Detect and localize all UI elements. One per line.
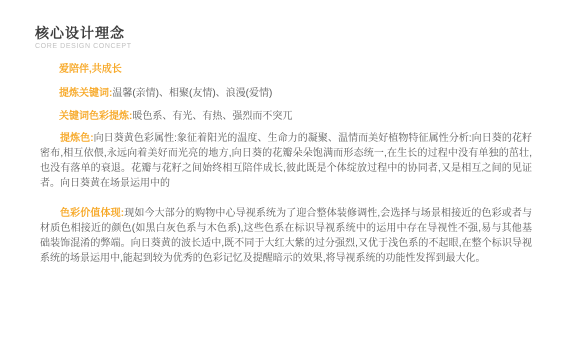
- page-subtitle: CORE DESIGN CONCEPT: [35, 43, 132, 50]
- keywords-label: 提炼关键词:: [59, 88, 112, 99]
- paragraph-refined-color-text: 向日葵黄色彩属性:象征着阳光的温度、生命力的凝聚、温情而美好植物特征属性分析:向…: [40, 133, 532, 189]
- keywords-text: 温馨(亲情)、相聚(友情)、浪漫(爱情): [112, 88, 272, 99]
- paragraph-refined-color: 提炼色:向日葵黄色彩属性:象征着阳光的温度、生命力的凝聚、温情而美好植物特征属性…: [40, 131, 532, 191]
- page-title: 核心设计理念: [35, 25, 132, 41]
- slide-header: 核心设计理念 CORE DESIGN CONCEPT: [35, 25, 132, 50]
- color-extraction-row: 关键词色彩提炼:暖色系、有光、有热、强烈而不突兀: [59, 109, 532, 124]
- slogan: 爱陪伴,共成长: [59, 62, 532, 77]
- paragraph-color-value-label: 色彩价值体现:: [60, 208, 124, 219]
- paragraph-refined-color-label: 提炼色:: [60, 133, 94, 144]
- color-extraction-label: 关键词色彩提炼:: [59, 111, 132, 122]
- color-extraction-text: 暖色系、有光、有热、强烈而不突兀: [132, 111, 292, 122]
- paragraph-color-value: 色彩价值体现:现如今大部分的购物中心导视系统为了迎合整体装修调性,会选择与场景相…: [40, 206, 532, 266]
- keywords-row: 提炼关键词:温馨(亲情)、相聚(友情)、浪漫(爱情): [59, 86, 532, 101]
- slide: 核心设计理念 CORE DESIGN CONCEPT 爱陪伴,共成长 提炼关键词…: [0, 0, 570, 360]
- slide-body: 爱陪伴,共成长 提炼关键词:温馨(亲情)、相聚(友情)、浪漫(爱情) 关键词色彩…: [40, 62, 532, 266]
